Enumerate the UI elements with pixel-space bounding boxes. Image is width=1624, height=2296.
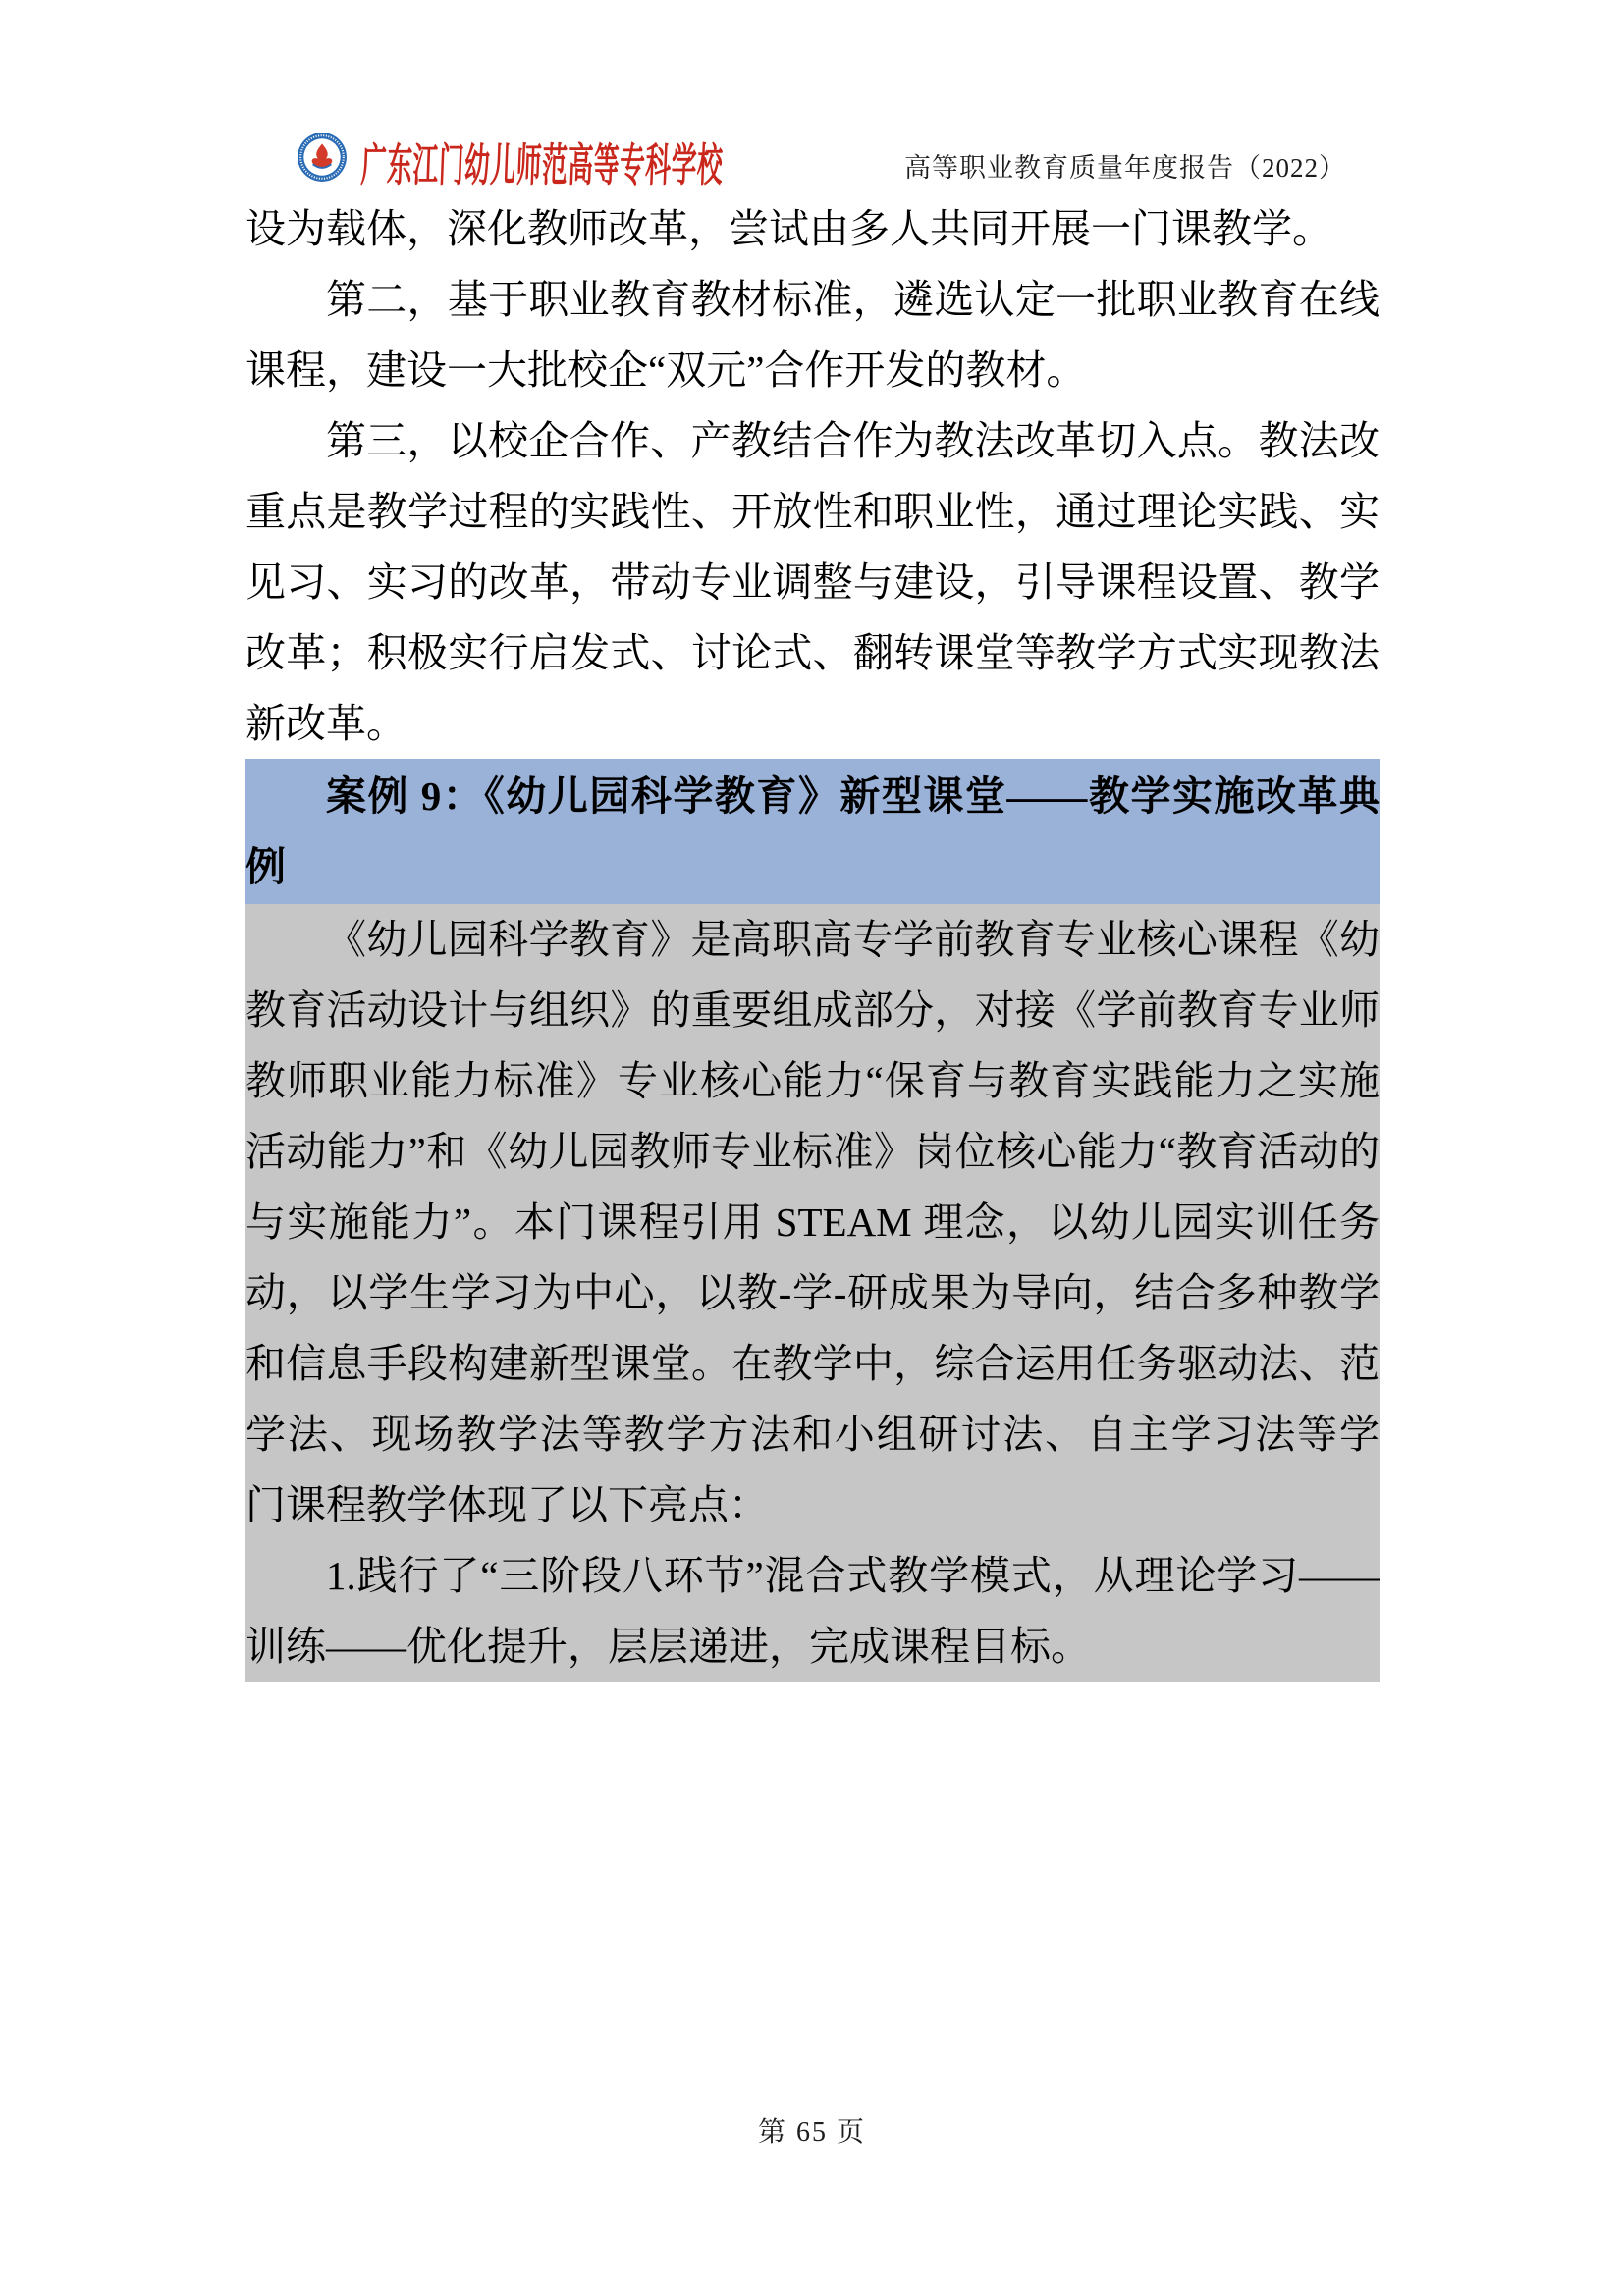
case-title-line: 案例 9：《幼儿园科学教育》新型课堂——教学实施改革典型案 xyxy=(245,761,1380,831)
case-body-panel: 《幼儿园科学教育》是高职高专学前教育专业核心课程《幼儿园教育活动设计与组织》的重… xyxy=(245,904,1380,1682)
text-line: 改革；积极实行启发式、讨论式、翻转课堂等教学方式实现教法的创 xyxy=(245,617,1380,688)
text-line: 第二，基于职业教育教材标准，遴选认定一批职业教育在线精品 xyxy=(245,264,1380,335)
case-body-line: 学法、现场教学法等教学方法和小组研讨法、自主学习法等学法。本 xyxy=(245,1399,1380,1469)
text-line: 见习、实习的改革，带动专业调整与建设，引导课程设置、教学内容 xyxy=(245,547,1380,617)
page-header: 广东江门幼儿师范高等专科学校 高等职业教育质量年度报告（2022） xyxy=(245,120,1380,190)
report-title: 高等职业教育质量年度报告（2022） xyxy=(904,146,1346,185)
case-body-line: 1.践行了“三阶段八环节”混合式教学模式，从理论学习——实操 xyxy=(245,1540,1380,1611)
school-seal-logo xyxy=(297,132,348,183)
case-body-line: 与实施能力”。本门课程引用 STEAM 理念，以幼儿园实训任务为驱 xyxy=(245,1187,1380,1257)
school-name-calligraphy: 广东江门幼儿师范高等专科学校 xyxy=(360,130,725,194)
text-line: 第三，以校企合作、产教结合作为教法改革切入点。教法改革的 xyxy=(245,405,1380,476)
case-body-line: 门课程教学体现了以下亮点： xyxy=(245,1469,1380,1540)
case-body-line: 动，以学生学习为中心，以教-学-研成果为导向，结合多种教学方法 xyxy=(245,1257,1380,1328)
case-body-line: 和信息手段构建新型课堂。在教学中，综合运用任务驱动法、范例教 xyxy=(245,1328,1380,1399)
text-line: 设为载体，深化教师改革，尝试由多人共同开展一门课教学。 xyxy=(245,193,1380,264)
intro-paragraphs: 设为载体，深化教师改革，尝试由多人共同开展一门课教学。第二，基于职业教育教材标准… xyxy=(245,193,1380,759)
case-title-line: 例 xyxy=(245,831,1380,902)
text-line: 新改革。 xyxy=(245,688,1380,759)
page-number: 第 65 页 xyxy=(758,2117,866,2148)
case-body-line: 活动能力”和《幼儿园教师专业标准》岗位核心能力“教育活动的计划 xyxy=(245,1116,1380,1187)
case-body-line: 《幼儿园科学教育》是高职高专学前教育专业核心课程《幼儿园 xyxy=(245,904,1380,975)
case-title-banner: 案例 9：《幼儿园科学教育》新型课堂——教学实施改革典型案例 xyxy=(245,759,1380,904)
case-body-line: 训练——优化提升，层层递进，完成课程目标。 xyxy=(245,1611,1380,1682)
document-body: 设为载体，深化教师改革，尝试由多人共同开展一门课教学。第二，基于职业教育教材标准… xyxy=(245,193,1380,1682)
page-footer: 第 65 页 xyxy=(0,2110,1624,2150)
text-line: 课程，建设一大批校企“双元”合作开发的教材。 xyxy=(245,335,1380,405)
text-line: 重点是教学过程的实践性、开放性和职业性，通过理论实践、实训、 xyxy=(245,476,1380,547)
document-page: 广东江门幼儿师范高等专科学校 高等职业教育质量年度报告（2022） 设为载体，深… xyxy=(0,0,1624,2296)
case-body-line: 教师职业能力标准》专业核心能力“保育与教育实践能力之实施教育 xyxy=(245,1045,1380,1116)
case-body-line: 教育活动设计与组织》的重要组成部分，对接《学前教育专业师范生 xyxy=(245,975,1380,1045)
